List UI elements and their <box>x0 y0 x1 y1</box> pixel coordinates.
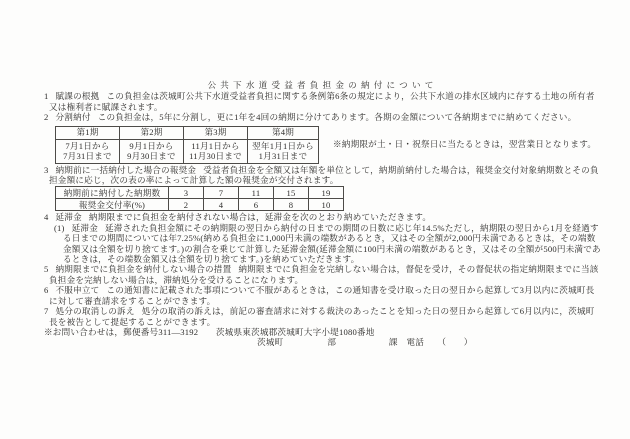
reward-rate-value: 8 <box>274 199 309 211</box>
reward-rate-value: 4 <box>204 199 239 211</box>
section-heading: 延滞金 <box>56 212 82 222</box>
schedule-header-row: 第1期 第2期 第3期 第4期 <box>56 126 319 139</box>
period-start: 9月1日から <box>120 141 183 152</box>
schedule-period-cell: 7月1日から 7月31日まで <box>56 139 120 163</box>
period-start: 7月1日から <box>56 141 119 152</box>
reward-periods-value: 7 <box>204 187 239 199</box>
section-body: 納期限までに負担金を納付されない場合は，延滞金を次のとおり納めていただきます。 <box>89 212 431 222</box>
contact-note: ※お問い合わせは，郵便番号311—3192 茨城県東茨城郡茨城町大字小堤1080… <box>44 327 601 337</box>
section-number: 2 <box>44 112 49 122</box>
subsection-4-1-late-fee-detail: (1)延滞金延滞された負担金額にその納期限の翌日から納付の日までの期間の日数に応… <box>54 223 601 265</box>
section-heading: 不服申立て <box>56 285 100 295</box>
period-start: 翌年1月1日から <box>248 141 318 152</box>
section-heading: 分割納付 <box>56 112 91 122</box>
section-heading: 処分の取消しの訴え <box>56 306 135 316</box>
reward-rate-value: 2 <box>169 199 204 211</box>
payment-schedule-table: 第1期 第2期 第3期 第4期 7月1日から 7月31日まで 9月1日から 9月… <box>55 126 319 164</box>
schedule-period-header: 第1期 <box>56 126 120 139</box>
section-number: 3 <box>44 165 49 175</box>
section-number: 4 <box>44 212 49 222</box>
section-heading: 納期限までに負担金を納付しない場合の措置 <box>56 264 232 274</box>
section-number: 5 <box>44 264 49 274</box>
reward-rate-value: 10 <box>309 199 344 211</box>
section-heading: 賦課の根拠 <box>56 91 100 101</box>
period-start: 11月1日から <box>184 141 247 152</box>
reward-periods-value: 19 <box>309 187 344 199</box>
section-body: この負担金は茨城町公共下水道受益者負担に関する条例第6条の規定により，公共下水道… <box>49 91 595 111</box>
scanned-notice-page: 公共下水道受益者負担金の納付について 1賦課の根拠この負担金は茨城町公共下水道受… <box>0 0 630 439</box>
section-number: 1 <box>44 91 49 101</box>
reward-periods-value: 11 <box>239 187 274 199</box>
section-5-non-payment-measures: 5納期限までに負担金を納付しない場合の措置納期限までに負担金を完納しない場合は，… <box>44 264 601 285</box>
document-title: 公共下水道受益者負担金の納付について <box>44 80 601 90</box>
schedule-period-header: 第2期 <box>120 126 184 139</box>
payment-schedule-section: 第1期 第2期 第3期 第4期 7月1日から 7月31日まで 9月1日から 9月… <box>55 126 601 164</box>
subsection-body: 延滞された負担金額にその納期限の翌日から納付の日までの期間の日数に応じ年14.5… <box>63 223 601 264</box>
subsection-number: (1) <box>54 223 65 233</box>
period-end: 11月30日まで <box>184 151 247 162</box>
due-date-note: ※納期限が土・日・祝祭日に当たるときは，翌営業日となります。 <box>333 139 596 149</box>
section-2-installment-payment: 2分割納付この負担金は，5年に分割し，更に1年を4回の納期に分けてあります。各期… <box>44 112 601 122</box>
reward-row-label: 報奨金交付率(%) <box>56 199 169 211</box>
period-end: 1月31日まで <box>248 151 318 162</box>
subsection-heading: 延滞金 <box>72 223 98 233</box>
section-1-levy-basis: 1賦課の根拠この負担金は茨城町公共下水道受益者負担に関する条例第6条の規定により… <box>44 91 601 112</box>
schedule-period-header: 第4期 <box>248 126 319 139</box>
section-6-appeal: 6不服申立てこの通知書に記載された事項について不服があるときは，この通知書を受け… <box>44 285 601 306</box>
section-body: この通知書に記載された事項について不服があるときは，この通知書を受け取った日の翌… <box>49 285 594 305</box>
section-7-revocation-suit: 7処分の取消しの訴え処分の取消の訴えは，前記の審査請求に対する裁決のあったことを… <box>44 306 601 327</box>
reward-periods-row: 納期前に納付した納期数 3 7 11 15 19 <box>56 187 344 199</box>
schedule-dates-row: 7月1日から 7月31日まで 9月1日から 9月30日まで 11月1日から 11… <box>56 139 319 163</box>
reward-periods-value: 15 <box>274 187 309 199</box>
section-number: 6 <box>44 285 49 295</box>
office-contact-line: 茨城町 部 課 電話 （ ） <box>257 337 601 347</box>
schedule-period-cell: 11月1日から 11月30日まで <box>184 139 248 163</box>
schedule-period-cell: 翌年1月1日から 1月31日まで <box>248 139 319 163</box>
reward-rate-row: 報奨金交付率(%) 2 4 6 8 10 <box>56 199 344 211</box>
reward-rate-value: 6 <box>239 199 274 211</box>
period-end: 7月31日まで <box>56 151 119 162</box>
schedule-period-cell: 9月1日から 9月30日まで <box>120 139 184 163</box>
schedule-period-header: 第3期 <box>184 126 248 139</box>
section-number: 7 <box>44 306 49 316</box>
reward-rate-table: 納期前に納付した納期数 3 7 11 15 19 報奨金交付率(%) 2 4 6… <box>55 186 344 211</box>
section-3-advance-payment-reward: 3納期前に一括納付した場合の報奨金受益者負担金を全額又は年額を単位として，納期前… <box>44 165 601 186</box>
reward-row-label: 納期前に納付した納期数 <box>56 187 169 199</box>
period-end: 9月30日まで <box>120 151 183 162</box>
reward-periods-value: 3 <box>169 187 204 199</box>
section-heading: 納期前に一括納付した場合の報奨金 <box>56 165 197 175</box>
section-body: この負担金は，5年に分割し，更に1年を4回の納期に分けてあります。各期の金額につ… <box>98 112 577 122</box>
document-body: 公共下水道受益者負担金の納付について 1賦課の根拠この負担金は茨城町公共下水道受… <box>44 80 601 348</box>
section-4-late-fee: 4延滞金納期限までに負担金を納付されない場合は，延滞金を次のとおり納めていただき… <box>44 212 601 222</box>
